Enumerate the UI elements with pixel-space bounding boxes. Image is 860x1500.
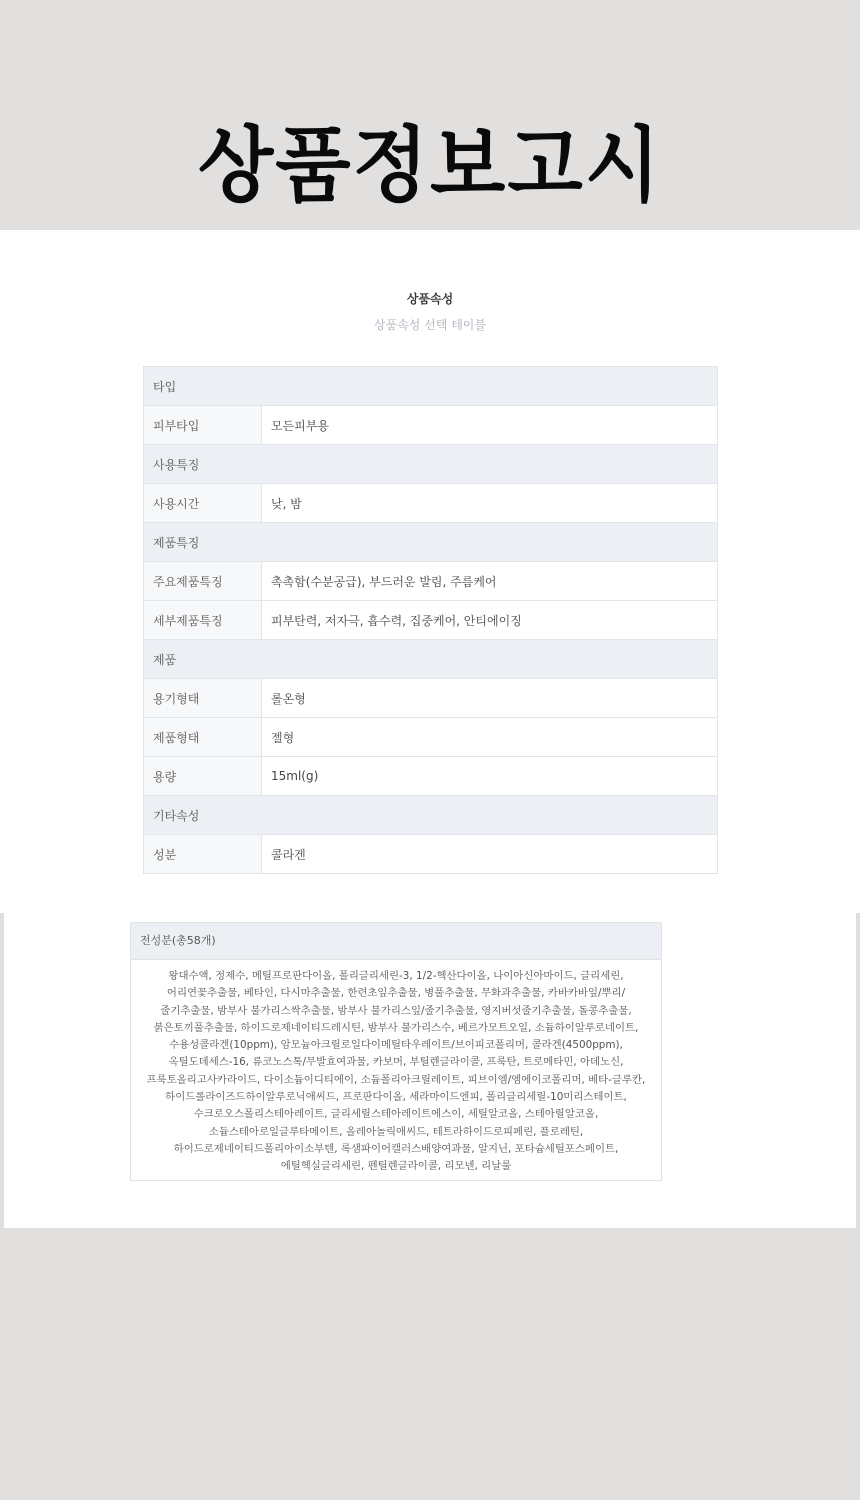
header-banner: 상품정보고시: [0, 0, 860, 230]
row-label: 제품형태: [144, 718, 262, 757]
row-label: 주요제품특징: [144, 562, 262, 601]
table-group-row: 타입: [144, 367, 718, 406]
row-value: 롤온형: [262, 679, 718, 718]
table-group-row: 사용특징: [144, 445, 718, 484]
row-value: 낮, 밤: [262, 484, 718, 523]
section-subtitle: 상품속성 선택 테이블: [0, 316, 860, 333]
table-row: 세부제품특징 피부탄력, 저자극, 흡수력, 집중케어, 안티에이징: [144, 601, 718, 640]
table-row: 피부타입 모든피부용: [144, 406, 718, 445]
table-row: 용량 15ml(g): [144, 757, 718, 796]
table-row: 주요제품특징 촉촉함(수분공급), 부드러운 발림, 주름케어: [144, 562, 718, 601]
group-label: 제품특징: [144, 523, 718, 562]
row-label: 용기형태: [144, 679, 262, 718]
group-label: 사용특징: [144, 445, 718, 484]
group-label: 타입: [144, 367, 718, 406]
attributes-table: 타입 피부타입 모든피부용 사용특징 사용시간 낮, 밤 제품특징 주요제품특징…: [143, 366, 718, 874]
ingredients-title: 전성분(총58개): [131, 923, 661, 960]
ingredients-list: 왕대수액, 정제수, 메틸프로판다이올, 폴리글리세린-3, 1/2-헥산다이올…: [131, 960, 661, 1184]
row-label: 세부제품특징: [144, 601, 262, 640]
row-value: 콜라겐: [262, 835, 718, 874]
row-label: 용량: [144, 757, 262, 796]
ingredients-box: 전성분(총58개) 왕대수액, 정제수, 메틸프로판다이올, 폴리글리세린-3,…: [130, 922, 662, 1181]
table-row: 사용시간 낮, 밤: [144, 484, 718, 523]
table-row: 제품형태 젤형: [144, 718, 718, 757]
page-title: 상품정보고시: [0, 114, 860, 219]
row-label: 성분: [144, 835, 262, 874]
table-group-row: 제품특징: [144, 523, 718, 562]
group-label: 제품: [144, 640, 718, 679]
row-label: 피부타입: [144, 406, 262, 445]
table-group-row: 기타속성: [144, 796, 718, 835]
row-value: 젤형: [262, 718, 718, 757]
row-label: 사용시간: [144, 484, 262, 523]
row-value: 촉촉함(수분공급), 부드러운 발림, 주름케어: [262, 562, 718, 601]
table-row: 용기형태 롤온형: [144, 679, 718, 718]
row-value: 피부탄력, 저자극, 흡수력, 집중케어, 안티에이징: [262, 601, 718, 640]
row-value: 15ml(g): [262, 757, 718, 796]
row-value: 모든피부용: [262, 406, 718, 445]
group-label: 기타속성: [144, 796, 718, 835]
table-row: 성분 콜라겐: [144, 835, 718, 874]
table-group-row: 제품: [144, 640, 718, 679]
section-title: 상품속성: [0, 290, 860, 307]
